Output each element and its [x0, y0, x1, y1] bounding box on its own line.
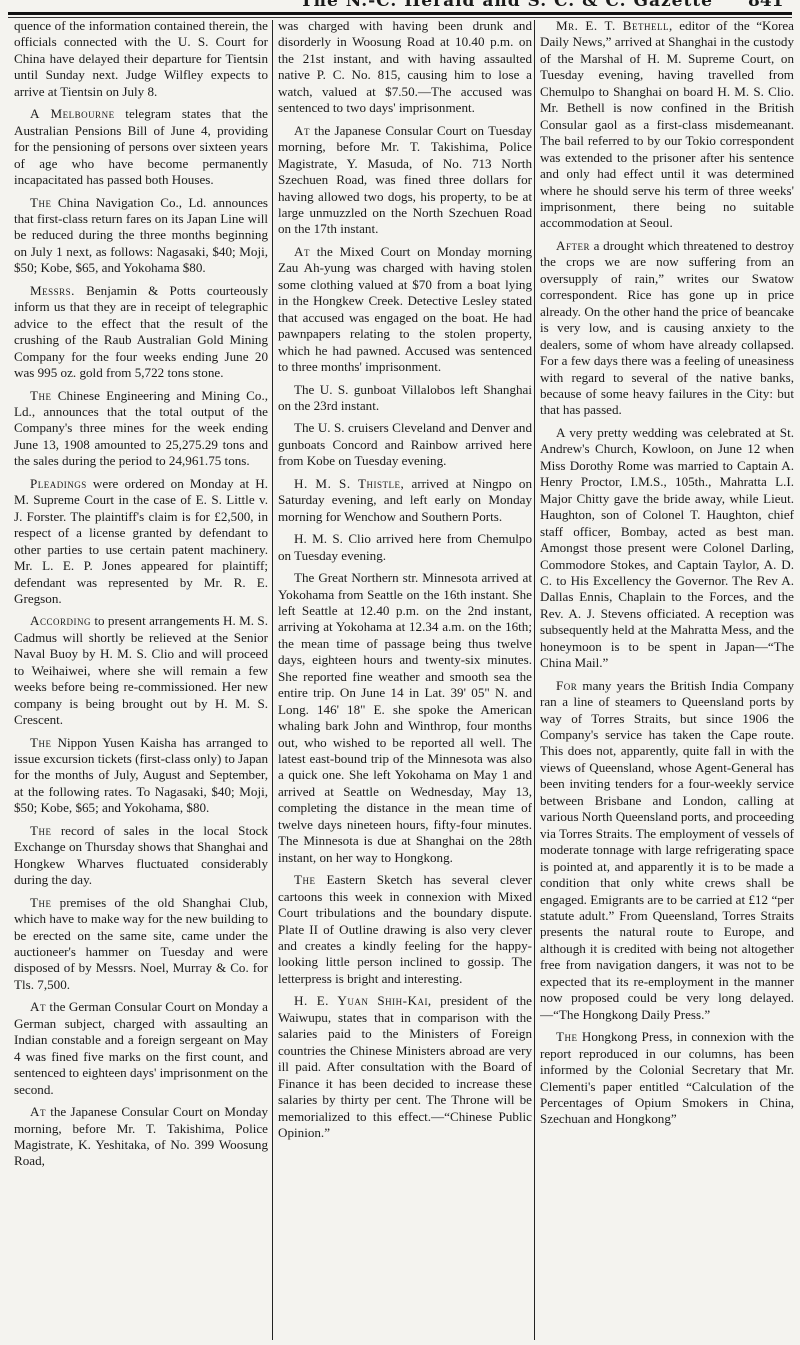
news-paragraph: For many years the British India Company… — [540, 678, 794, 1024]
paragraph-lead: Messrs. — [30, 283, 75, 298]
paragraph-lead: For — [556, 678, 577, 693]
column-3: Mr. E. T. Bethell, editor of the “Korea … — [540, 18, 794, 1343]
paragraph-text: Nippon Yusen Kaisha has arranged to issu… — [14, 735, 268, 816]
column-2: was charged with having been drunk and d… — [278, 18, 532, 1343]
paragraph-text: a drought which threatened to destroy th… — [540, 238, 794, 418]
news-paragraph: At the German Consular Court on Monday a… — [14, 999, 268, 1098]
article-columns: quence of the information contained ther… — [14, 18, 794, 1343]
paragraph-text: Chinese Engineering and Mining Co., Ld.,… — [14, 388, 268, 469]
paragraph-text: president of the Waiwupu, states that in… — [278, 993, 532, 1140]
paragraph-text: the Mixed Court on Monday morning Zau Ah… — [278, 244, 532, 374]
page-number: 841 — [748, 0, 784, 11]
news-paragraph: A very pretty wedding was celebrated at … — [540, 425, 794, 672]
news-paragraph: The record of sales in the local Stock E… — [14, 823, 268, 889]
news-paragraph: H. M. S. Thistle, arrived at Ningpo on S… — [278, 476, 532, 525]
paragraph-text: Eastern Sketch has several clever cartoo… — [278, 872, 532, 986]
paragraph-text: H. M. S. Clio arrived here from Chemulpo… — [278, 531, 532, 562]
paragraph-text: The U. S. cruisers Cleveland and Denver … — [278, 420, 532, 468]
paragraph-lead: H. E. Yuan Shih-Kai, — [294, 993, 432, 1008]
paragraph-text: editor of the “Korea Daily News,” arrive… — [540, 18, 794, 230]
paragraph-lead: According — [30, 613, 91, 628]
paragraph-text: China Navigation Co., Ld. announces that… — [14, 195, 268, 276]
paragraph-lead: At — [30, 999, 46, 1014]
news-paragraph: The Nippon Yusen Kaisha has arranged to … — [14, 735, 268, 817]
paragraph-lead: The — [30, 388, 52, 403]
paragraph-text: the German Consular Court on Monday a Ge… — [14, 999, 268, 1096]
news-paragraph: A Melbourne telegram states that the Aus… — [14, 106, 268, 188]
paragraph-text: the Japanese Consular Court on Tuesday m… — [278, 123, 532, 237]
paragraph-text: quence of the information contained ther… — [14, 18, 268, 99]
paragraph-lead: H. M. S. Thistle, — [294, 476, 404, 491]
news-paragraph: H. E. Yuan Shih-Kai, president of the Wa… — [278, 993, 532, 1141]
paragraph-text: were ordered on Monday at H. M. Supreme … — [14, 476, 268, 606]
news-paragraph: quence of the information contained ther… — [14, 18, 268, 100]
news-paragraph: The Eastern Sketch has several clever ca… — [278, 872, 532, 987]
news-paragraph: The Great Northern str. Minnesota arrive… — [278, 570, 532, 866]
news-paragraph: After a drought which threatened to dest… — [540, 238, 794, 419]
paragraph-lead: The — [30, 735, 52, 750]
paragraph-text: many years the British India Company ran… — [540, 678, 794, 1022]
news-paragraph: Mr. E. T. Bethell, editor of the “Korea … — [540, 18, 794, 232]
news-paragraph: Pleadings were ordered on Monday at H. M… — [14, 476, 268, 608]
news-paragraph: The Hongkong Press, in connexion with th… — [540, 1029, 794, 1128]
paragraph-lead: The — [30, 823, 52, 838]
paragraph-lead: The — [30, 895, 52, 910]
paragraph-lead: The — [294, 872, 316, 887]
news-paragraph: At the Japanese Consular Court on Tuesda… — [278, 123, 532, 238]
masthead: The N.-C. Herald and S. C. & C. Gazette … — [0, 0, 800, 12]
paragraph-lead: At — [294, 244, 310, 259]
header-rule-thick — [8, 12, 792, 15]
paragraph-lead: The — [30, 195, 52, 210]
paragraph-text: A very pretty wedding was celebrated at … — [540, 425, 794, 670]
news-paragraph: At the Mixed Court on Monday morning Zau… — [278, 244, 532, 376]
paragraph-text: The U. S. gunboat Villalobos left Shangh… — [278, 382, 532, 413]
news-paragraph: The China Navigation Co., Ld. announces … — [14, 195, 268, 277]
news-paragraph: H. M. S. Clio arrived here from Chemulpo… — [278, 531, 532, 564]
column-1: quence of the information contained ther… — [14, 18, 268, 1343]
news-paragraph: The premises of the old Shanghai Club, w… — [14, 895, 268, 994]
column-divider — [272, 20, 273, 1340]
news-paragraph: was charged with having been drunk and d… — [278, 18, 532, 117]
news-paragraph: At the Japanese Consular Court on Monday… — [14, 1104, 268, 1170]
news-paragraph: The Chinese Engineering and Mining Co., … — [14, 388, 268, 470]
paragraph-text: record of sales in the local Stock Excha… — [14, 823, 268, 887]
paragraph-text: premises of the old Shanghai Club, which… — [14, 895, 268, 992]
paragraph-text: Hongkong Press, in connexion with the re… — [540, 1029, 794, 1126]
masthead-title: The N.-C. Herald and S. C. & C. Gazette — [300, 0, 713, 11]
news-paragraph: Messrs. Benjamin & Potts courteously inf… — [14, 283, 268, 382]
paragraph-text: The Great Northern str. Minnesota arrive… — [278, 570, 532, 865]
paragraph-lead: At — [30, 1104, 46, 1119]
news-paragraph: According to present arrangements H. M. … — [14, 613, 268, 728]
news-paragraph: The U. S. cruisers Cleveland and Denver … — [278, 420, 532, 469]
paragraph-text: was charged with having been drunk and d… — [278, 18, 532, 115]
paragraph-lead: At — [294, 123, 310, 138]
column-divider — [534, 20, 535, 1340]
paragraph-lead: After — [556, 238, 590, 253]
paragraph-lead: Mr. E. T. Bethell, — [556, 18, 673, 33]
paragraph-lead: The — [556, 1029, 578, 1044]
paragraph-text: the Japanese Consular Court on Monday mo… — [14, 1104, 268, 1168]
news-paragraph: The U. S. gunboat Villalobos left Shangh… — [278, 382, 532, 415]
paragraph-lead: A Melbourne — [30, 106, 115, 121]
paragraph-lead: Pleadings — [30, 476, 87, 491]
paragraph-text: to present arrangements H. M. S. Cadmus … — [14, 613, 268, 727]
